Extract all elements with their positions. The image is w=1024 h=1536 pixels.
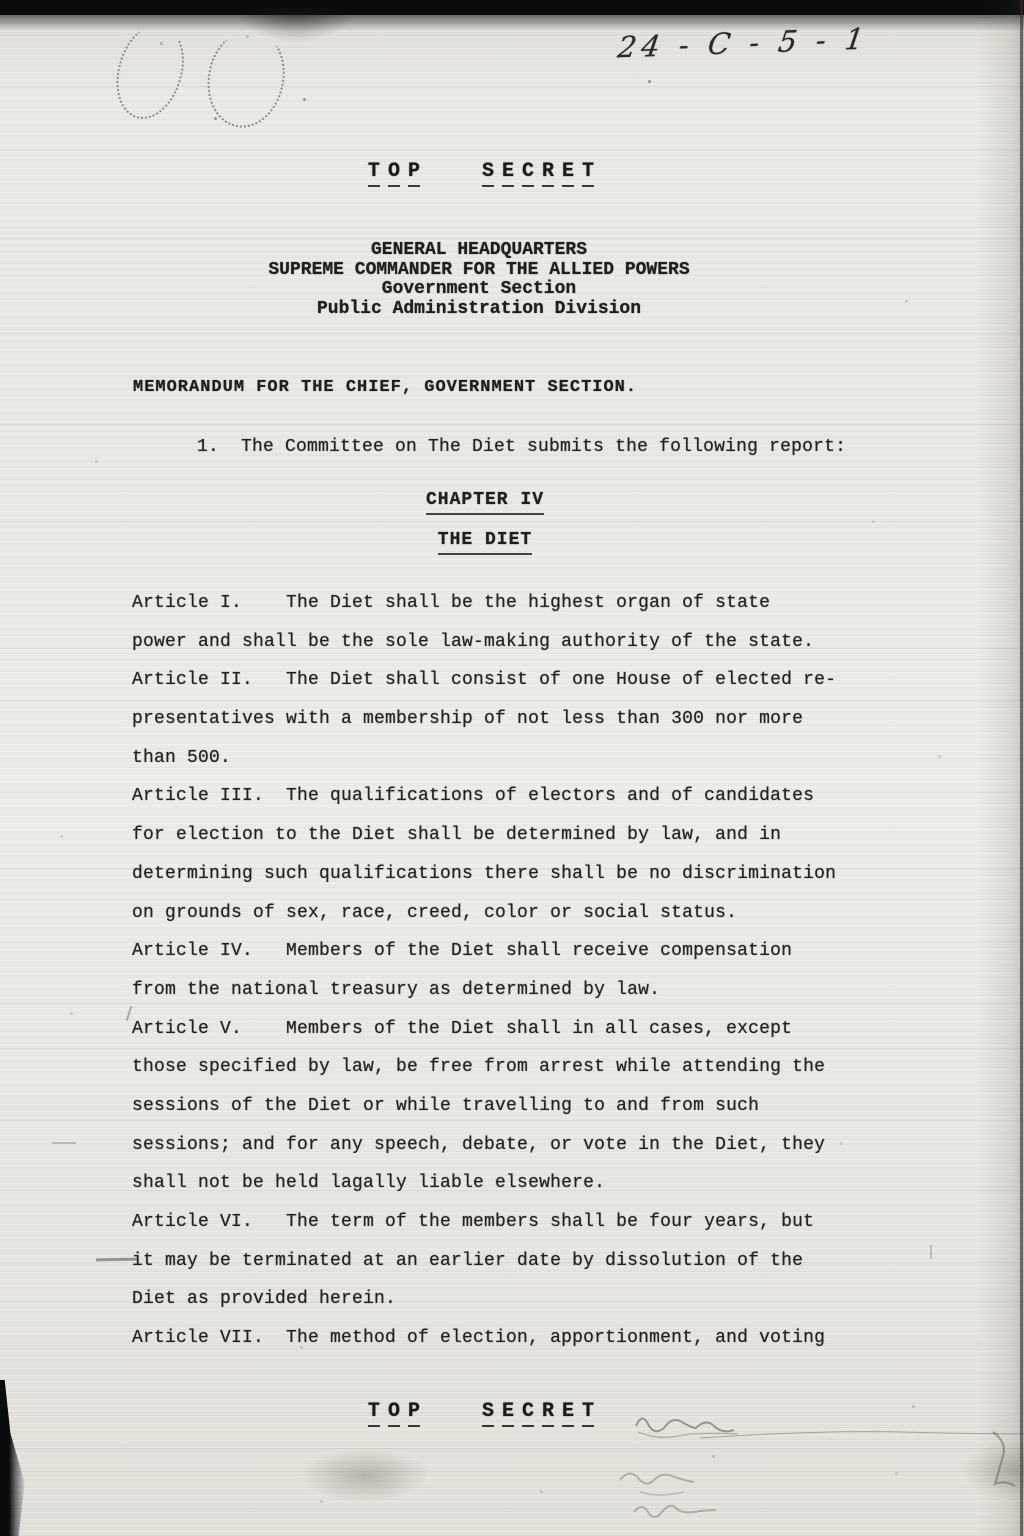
body-line: those specified by law, be free from arr… <box>132 1048 922 1087</box>
body-line: than 500. <box>132 739 922 778</box>
letterhead-line-2: SUPREME COMMANDER FOR THE ALLIED POWERS <box>0 261 958 281</box>
body-line: Diet as provided herein. <box>132 1280 922 1319</box>
classification-letter: P <box>408 160 420 187</box>
chapter-heading-text: CHAPTER IV <box>426 490 544 515</box>
scanned-document-page: 24 - C - 5 - 1 TOP SECRET GENERAL HEADQU… <box>0 0 1024 1536</box>
body-line: for election to the Diet shall be determ… <box>132 816 922 855</box>
classification-word-secret: SECRET <box>478 160 598 187</box>
classification-footer: TOP SECRET <box>0 1400 962 1427</box>
classification-letter: S <box>482 1400 494 1427</box>
scan-edge-top <box>0 0 1024 15</box>
classification-letter: E <box>562 160 574 187</box>
letterhead: GENERAL HEADQUARTERS SUPREME COMMANDER F… <box>0 241 958 319</box>
pencil-tick-mark <box>930 1245 932 1259</box>
classification-letter: T <box>582 160 594 187</box>
body-line: on grounds of sex, race, creed, color or… <box>132 894 922 933</box>
page-edge-shadow <box>978 0 1024 1536</box>
letterhead-line-4: Public Administration Division <box>0 300 958 320</box>
classification-letter: E <box>562 1400 574 1427</box>
body-line: power and shall be the sole law-making a… <box>132 623 922 662</box>
body-line: Article I. The Diet shall be the highest… <box>132 584 922 623</box>
body-line: from the national treasury as determined… <box>132 971 922 1010</box>
classification-letter: P <box>408 1400 420 1427</box>
classification-letter: R <box>542 160 554 187</box>
classification-letter: O <box>388 1400 400 1427</box>
body-line: Article V. Members of the Diet shall in … <box>132 1010 922 1049</box>
classification-letter: O <box>388 160 400 187</box>
classification-header: TOP SECRET <box>0 160 962 187</box>
scan-edge-right <box>1020 0 1023 1536</box>
chapter-title-text: THE DIET <box>438 530 532 555</box>
letterhead-line-1: GENERAL HEADQUARTERS <box>0 241 958 261</box>
classification-letter: C <box>522 160 534 187</box>
body-line: Article II. The Diet shall consist of on… <box>132 661 922 700</box>
body-line: shall not be held lagally liable elsewhe… <box>132 1164 922 1203</box>
classification-letter: E <box>502 1400 514 1427</box>
body-line: presentatives with a membership of not l… <box>132 700 922 739</box>
chapter-heading: CHAPTER IV <box>0 490 970 510</box>
classification-letter: T <box>368 160 380 187</box>
body-line: Article VI. The term of the members shal… <box>132 1203 922 1242</box>
body-line: Article VII. The method of election, app… <box>132 1319 922 1358</box>
classification-word-top: TOP <box>364 160 424 187</box>
classification-letter: T <box>582 1400 594 1427</box>
classification-letter: T <box>368 1400 380 1427</box>
body-line: determining such qualifications there sh… <box>132 855 922 894</box>
memo-heading: MEMORANDUM FOR THE CHIEF, GOVERNMENT SEC… <box>133 378 637 397</box>
classification-letter: S <box>482 160 494 187</box>
pencil-smudge <box>300 1448 430 1503</box>
classification-letter: C <box>522 1400 534 1427</box>
pencil-dash-mark <box>52 1142 76 1144</box>
classification-letter: R <box>542 1400 554 1427</box>
chapter-title: THE DIET <box>0 530 970 550</box>
paragraph-1: 1. The Committee on The Diet submits the… <box>133 437 846 457</box>
body-line: Article IV. Members of the Diet shall re… <box>132 932 922 971</box>
letterhead-line-3: Government Section <box>0 280 958 300</box>
pencil-loop-mark <box>107 18 192 127</box>
body-line: Article III. The qualifications of elect… <box>132 777 922 816</box>
body-line: sessions; and for any speech, debate, or… <box>132 1126 922 1165</box>
body-line: sessions of the Diet or while travelling… <box>132 1087 922 1126</box>
body-line: it may be terminated at an earlier date … <box>132 1242 922 1281</box>
classification-letter: E <box>502 160 514 187</box>
classification-word-secret: SECRET <box>478 1400 598 1427</box>
document-body: Article I. The Diet shall be the highest… <box>132 584 922 1358</box>
pencil-scribble <box>626 1488 726 1528</box>
classification-word-top: TOP <box>364 1400 424 1427</box>
pencil-scribble <box>610 1458 730 1503</box>
